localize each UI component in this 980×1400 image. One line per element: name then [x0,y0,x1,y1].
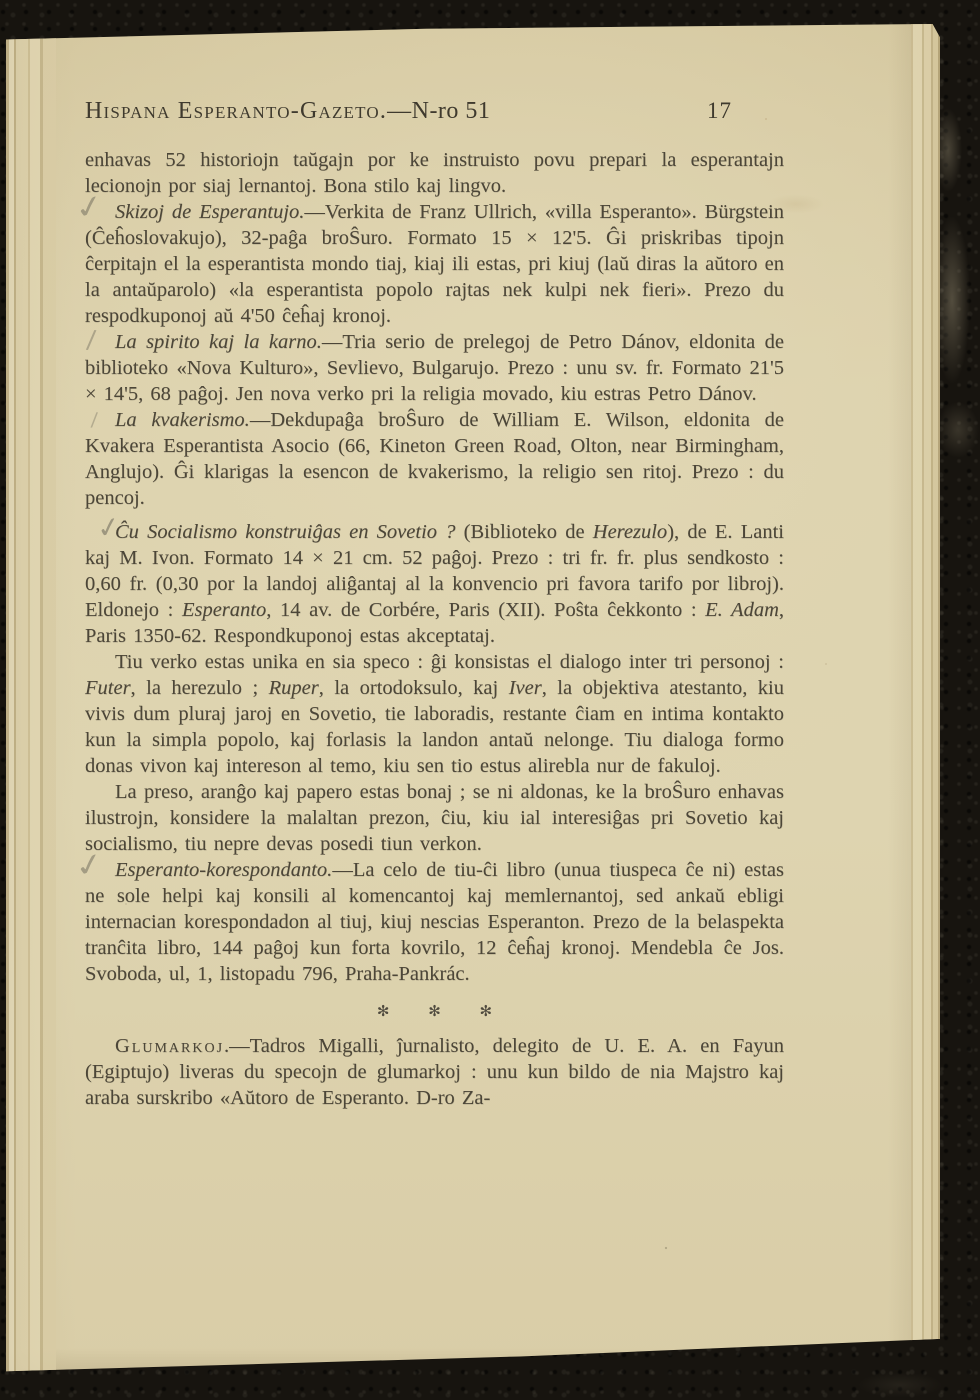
body-text: , la ortodoksulo, kaj [319,677,509,699]
body-text: , 14 av. de Corbére, Paris (XII). Poŝta … [266,599,705,621]
body-text: Tiu verko estas unika en sia speco : ĝi … [115,651,784,673]
continuation-paragraph: enhavas 52 historiojn taŭgajn por ke ins… [85,147,784,199]
review-la-kvakerismo: ∕La kvakerismo.—Dekdupaĝa broŜuro de Wil… [85,407,784,511]
page-edges-left [6,24,84,1374]
section-separator: ✻ ✻ ✻ [85,998,784,1024]
book-title-text: Futer [85,677,131,699]
page-number: 17 [707,98,784,124]
body-text: , la herezulo ; [131,677,269,699]
book-title-text: Ruper [269,677,319,699]
news-glumarkoj: Glumarkoj.—Tadros Migalli, ĵurnalisto, d… [85,1033,784,1111]
pencil-checkmark: ∕ [90,407,98,433]
book-title-text: Iver [509,677,542,699]
review-cu-socialismo: ✓Ĉu Socialismo konstruiĝas en Sovetio ? … [85,519,784,649]
book-title-text: E. Adam [705,599,779,621]
page-edges-right [894,24,940,1374]
page-content: Hispana Esperanto-Gazeto.—N-ro 51 17 enh… [84,24,894,1374]
review-la-spirito: ∕La spirito kaj la karno.—Tria serio de … [85,329,784,407]
book-title-text: Herezulo [593,521,667,543]
body-text: enhavas 52 historiojn taŭgajn por ke ins… [85,149,784,197]
book-title-text: Esperanto [182,599,266,621]
commentary-dialogo: Tiu verko estas unika en sia speco : ĝi … [85,649,784,779]
issue-number: —N-ro 51 [387,98,490,124]
body-text: La preso, aranĝo kaj papero estas bonaj … [85,781,784,855]
journal-title: Hispana Esperanto-Gazeto. [85,98,387,124]
book-title-text: La kvakerismo. [115,409,250,431]
commentary-preso: La preso, aranĝo kaj papero estas bonaj … [85,779,784,857]
book-title-text: Skizoj de Esperantujo. [115,201,304,223]
book-title-text: Ĉu Socialismo konstruiĝas en Sovetio ? [115,521,455,543]
book-title-text: La spirito kaj la karno. [115,331,322,353]
book-title-text: Esperanto-korespondanto. [115,859,332,881]
review-skizoj: ✓Skizoj de Esperantujo.—Verkita de Franz… [85,199,784,329]
running-header: Hispana Esperanto-Gazeto.—N-ro 51 17 [85,98,784,125]
body-text: (Biblioteko de [455,521,592,543]
pencil-checkmark: ∕ [86,327,97,354]
text-block: enhavas 52 historiojn taŭgajn por ke ins… [85,147,784,1111]
book-page: Hispana Esperanto-Gazeto.—N-ro 51 17 enh… [6,24,940,1374]
smallcaps-text: Glumarkoj [115,1035,224,1057]
review-esperanto-korespondanto: ✓Esperanto-korespondanto.—La celo de tiu… [85,857,784,987]
header-title-group: Hispana Esperanto-Gazeto.—N-ro 51 [85,98,490,125]
